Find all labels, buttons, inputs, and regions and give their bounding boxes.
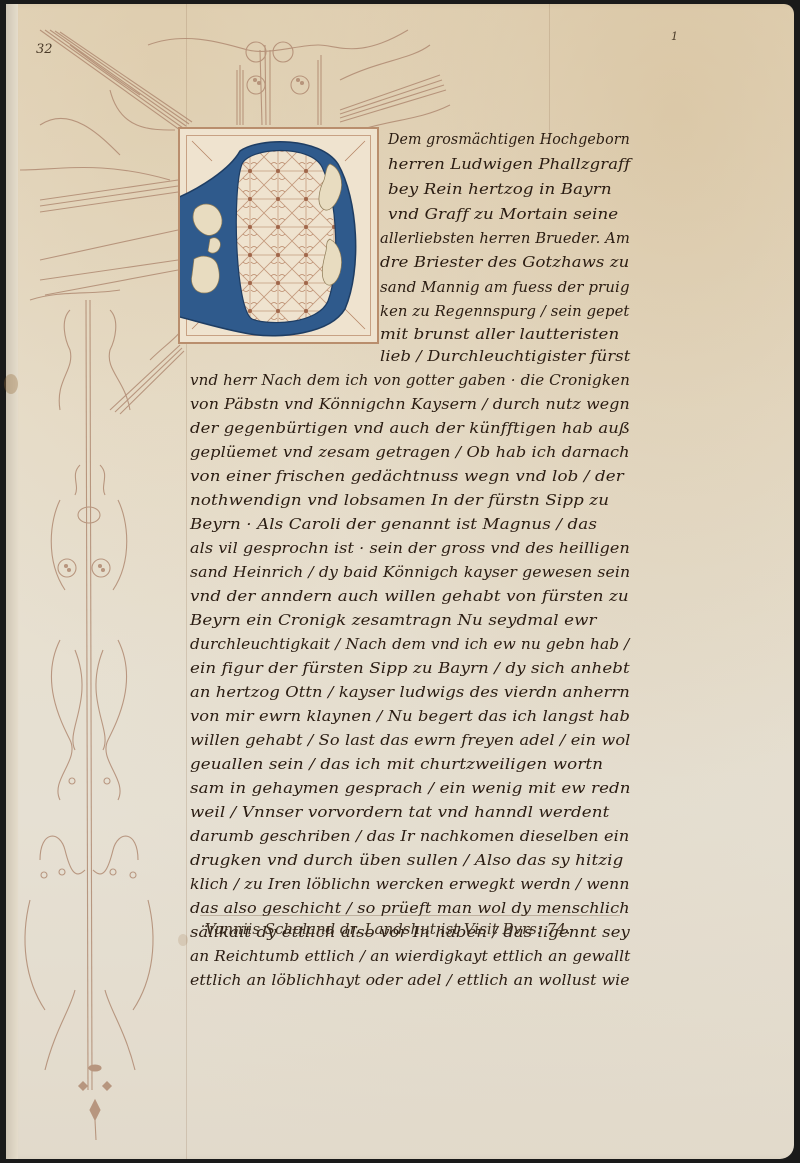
text-line: ettlich an löblichhayt oder adel / ettli…	[190, 973, 630, 989]
text-line: sam in gehaymen gesprach / ein wenig mit…	[190, 781, 631, 797]
text-line: an Reichtumb ettlich / an wierdigkayt et…	[190, 949, 630, 965]
text-line: durchleuchtigkait / Nach dem vnd ich ew …	[190, 637, 629, 653]
text-line: lieb / Durchleuchtigister fürst	[380, 349, 630, 365]
text-line: drugken vnd durch üben sullen / Also das…	[190, 853, 623, 869]
text-line: von Päbstn vnd Könnigchn Kaysern / durch…	[190, 397, 630, 413]
folio-mark: 1	[671, 30, 678, 43]
text-line: Beyrn ein Cronigk zesamtragn Nu seydmal …	[190, 613, 597, 629]
text-line: ein figur der fürsten Sipp zu Bayrn / dy…	[190, 661, 630, 677]
text-line: der gegenbürtigen vnd auch der künfftige…	[190, 421, 630, 437]
text-line: geplüemet vnd zesam getragen / Ob hab ic…	[190, 445, 630, 461]
illuminated-initial-frame	[178, 127, 379, 344]
text-line: willen gehabt / So last das ewrn freyen …	[190, 733, 630, 749]
text-line: mit brunst aller lautteristen	[380, 327, 619, 343]
text-line: darumb geschriben / das Ir nachkomen die…	[190, 829, 629, 845]
text-line: sand Mannig am fuess der pruig	[380, 280, 630, 296]
stain	[4, 374, 18, 394]
binding-edge	[6, 4, 18, 1159]
text-line: Beyrn · Als Caroli der genannt ist Magnu…	[190, 517, 597, 533]
ownership-inscription: Vanniis Scholand dr. Landshut ist Visit …	[205, 920, 571, 938]
illuminated-initial-d	[180, 129, 377, 342]
text-line: an hertzog Ottn / kayser ludwigs des vie…	[190, 685, 630, 701]
text-line: von mir ewrn klaynen / Nu begert das ich…	[190, 709, 630, 725]
text-line: allerliebsten herren Brueder. Am	[380, 231, 630, 247]
text-line: bey Rein hertzog in Bayrn	[388, 182, 612, 198]
text-line: klich / zu Iren löblichn wercken erwegkt…	[190, 877, 630, 893]
text-line: vnd der anndern auch willen gehabt von f…	[190, 589, 629, 605]
text-line: geuallen sein / das ich mit churtzweilig…	[190, 757, 603, 773]
text-line: vnd Graff zu Mortain seine	[388, 207, 618, 223]
folio-number: 32	[36, 42, 53, 57]
text-line: vnd herr Nach dem ich von gotter gaben ·…	[190, 373, 630, 389]
text-line: ken zu Regennspurg / sein gepet	[380, 304, 629, 320]
footnote-rule	[200, 915, 620, 916]
text-line: herren Ludwigen Phallzgraff	[388, 157, 630, 173]
text-line: Dem grosmächtigen Hochgeborn	[388, 132, 630, 148]
text-line: dre Briester des Gotzhaws zu	[380, 255, 629, 271]
text-line: weil / Vnnser vorvordern tat vnd hanndl …	[190, 805, 609, 821]
ruling-line	[549, 4, 550, 134]
stain	[178, 934, 188, 946]
text-line: von einer frischen gedächtnuss wegn vnd …	[190, 469, 624, 485]
text-line: nothwendign vnd lobsamen In der fürstn S…	[190, 493, 609, 509]
text-line: sand Heinrich / dy baid Könnigch kayser …	[190, 565, 630, 581]
text-line: als vil gesprochn ist · sein der gross v…	[190, 541, 630, 557]
